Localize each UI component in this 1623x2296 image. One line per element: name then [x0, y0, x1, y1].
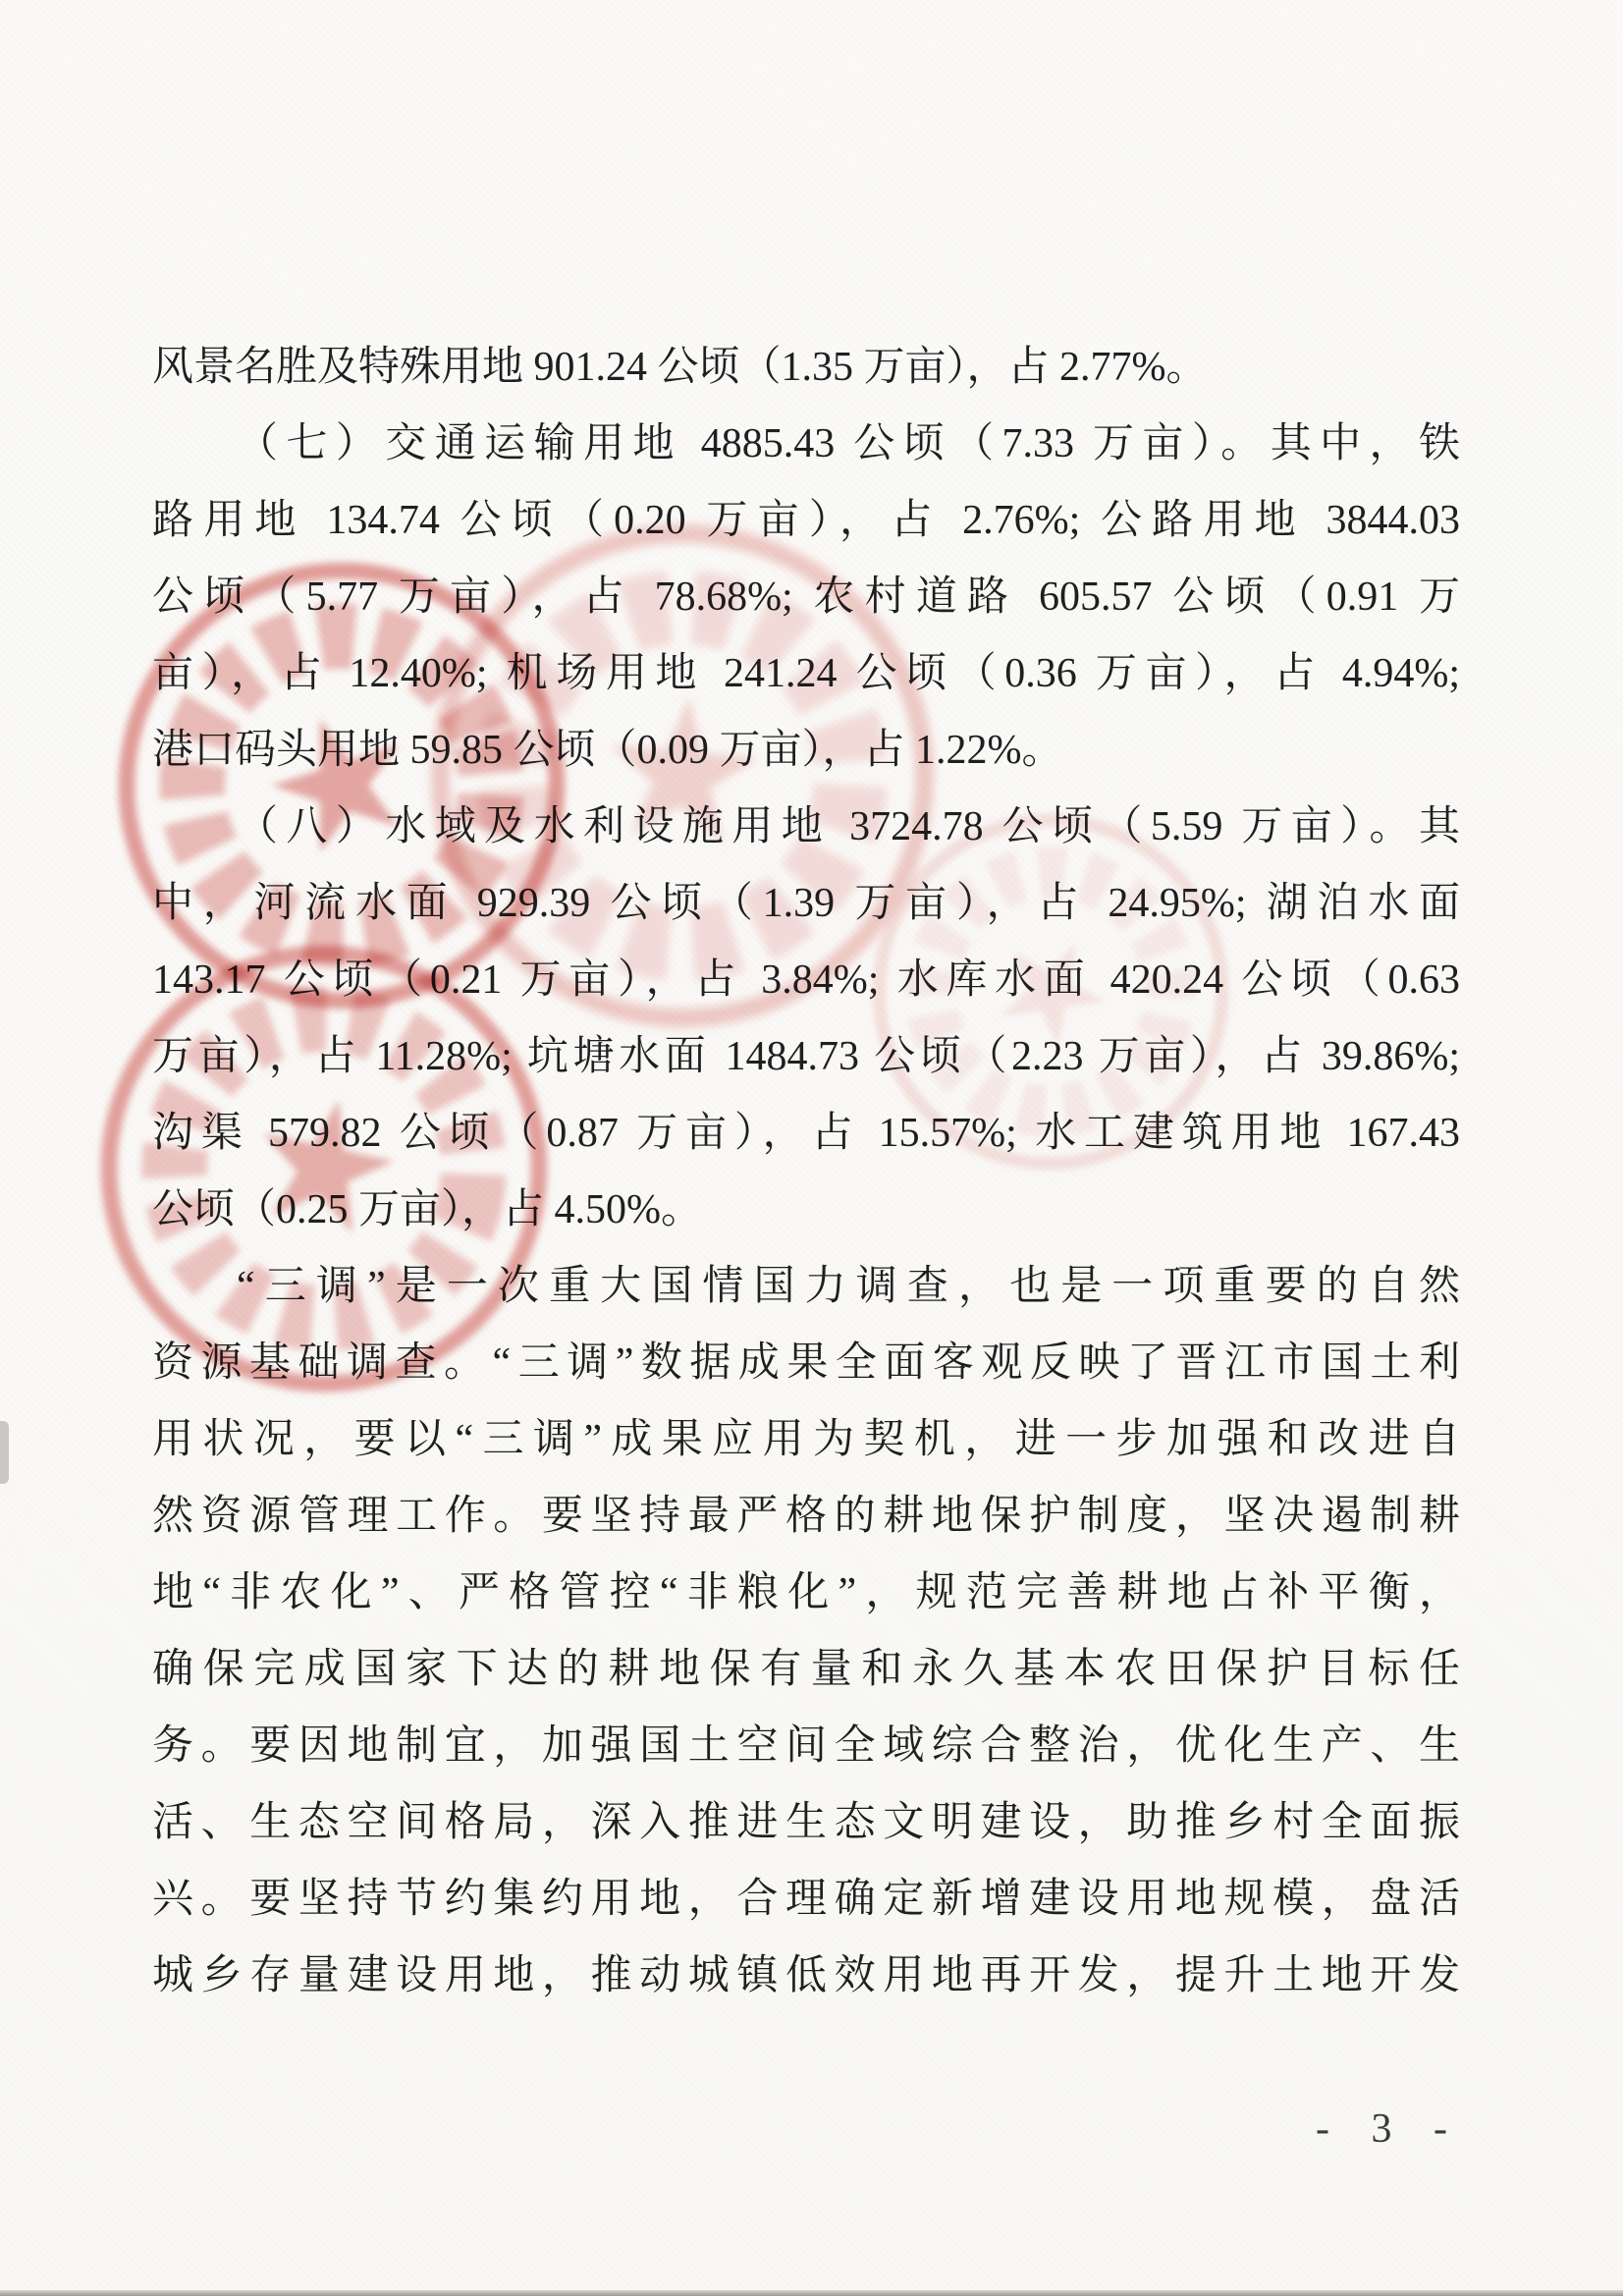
- text-line: 确保完成国家下达的耕地保有量和永久基本农田保护目标任: [152, 1631, 1460, 1708]
- text-line: 风景名胜及特殊用地 901.24 公顷（1.35 万亩），占 2.77%。: [152, 329, 1460, 406]
- text-line: 兴。要坚持节约集约用地，合理确定新增建设用地规模，盘活: [152, 1861, 1460, 1938]
- text-line: 万亩），占 11.28%; 坑塘水面 1484.73 公顷（2.23 万亩），占…: [152, 1018, 1460, 1095]
- text-line: 活、生态空间格局，深入推进生态文明建设，助推乡村全面振: [152, 1784, 1460, 1861]
- text-line: 资源基础调查。“三调”数据成果全面客观反映了晋江市国土利: [152, 1325, 1460, 1401]
- text-line: 用状况，要以“三调”成果应用为契机，进一步加强和改进自: [152, 1401, 1460, 1478]
- text-line: 公顷（0.25 万亩），占 4.50%。: [152, 1172, 1460, 1248]
- text-line: （七）交通运输用地 4885.43 公顷（7.33 万亩）。其中，铁: [152, 406, 1460, 482]
- text-line: （八）水域及水利设施用地 3724.78 公顷（5.59 万亩）。其: [152, 789, 1460, 865]
- text-line: 然资源管理工作。要坚持最严格的耕地保护制度，坚决遏制耕: [152, 1478, 1460, 1555]
- text-line: 亩），占 12.40%; 机场用地 241.24 公顷（0.36 万亩），占 4…: [152, 635, 1460, 712]
- text-line: 地“非农化”、严格管控“非粮化”，规范完善耕地占补平衡，: [152, 1555, 1460, 1631]
- text-line: 路用地 134.74 公顷（0.20 万亩），占 2.76%; 公路用地 384…: [152, 482, 1460, 559]
- page-number: - 3 -: [1316, 2105, 1463, 2153]
- text-line: 143.17 公顷（0.21 万亩），占 3.84%; 水库水面 420.24 …: [152, 942, 1460, 1018]
- document-page: 风景名胜及特殊用地 901.24 公顷（1.35 万亩），占 2.77%。 （七…: [0, 0, 1623, 2296]
- text-line: 务。要因地制宜，加强国土空间全域综合整治，优化生产、生: [152, 1708, 1460, 1784]
- text-line: 公顷（5.77 万亩），占 78.68%; 农村道路 605.57 公顷（0.9…: [152, 559, 1460, 635]
- scan-edge: [0, 2290, 1623, 2296]
- document-body-text: 风景名胜及特殊用地 901.24 公顷（1.35 万亩），占 2.77%。 （七…: [152, 329, 1460, 2014]
- text-line: 中，河流水面 929.39 公顷（1.39 万亩），占 24.95%; 湖泊水面: [152, 865, 1460, 942]
- text-line: 港口码头用地 59.85 公顷（0.09 万亩），占 1.22%。: [152, 712, 1460, 789]
- text-line: “三调”是一次重大国情国力调查，也是一项重要的自然: [152, 1248, 1460, 1325]
- scan-smudge: [0, 1421, 9, 1484]
- text-line: 城乡存量建设用地，推动城镇低效用地再开发，提升土地开发: [152, 1938, 1460, 2014]
- text-line: 沟渠 579.82 公顷（0.87 万亩），占 15.57%; 水工建筑用地 1…: [152, 1095, 1460, 1172]
